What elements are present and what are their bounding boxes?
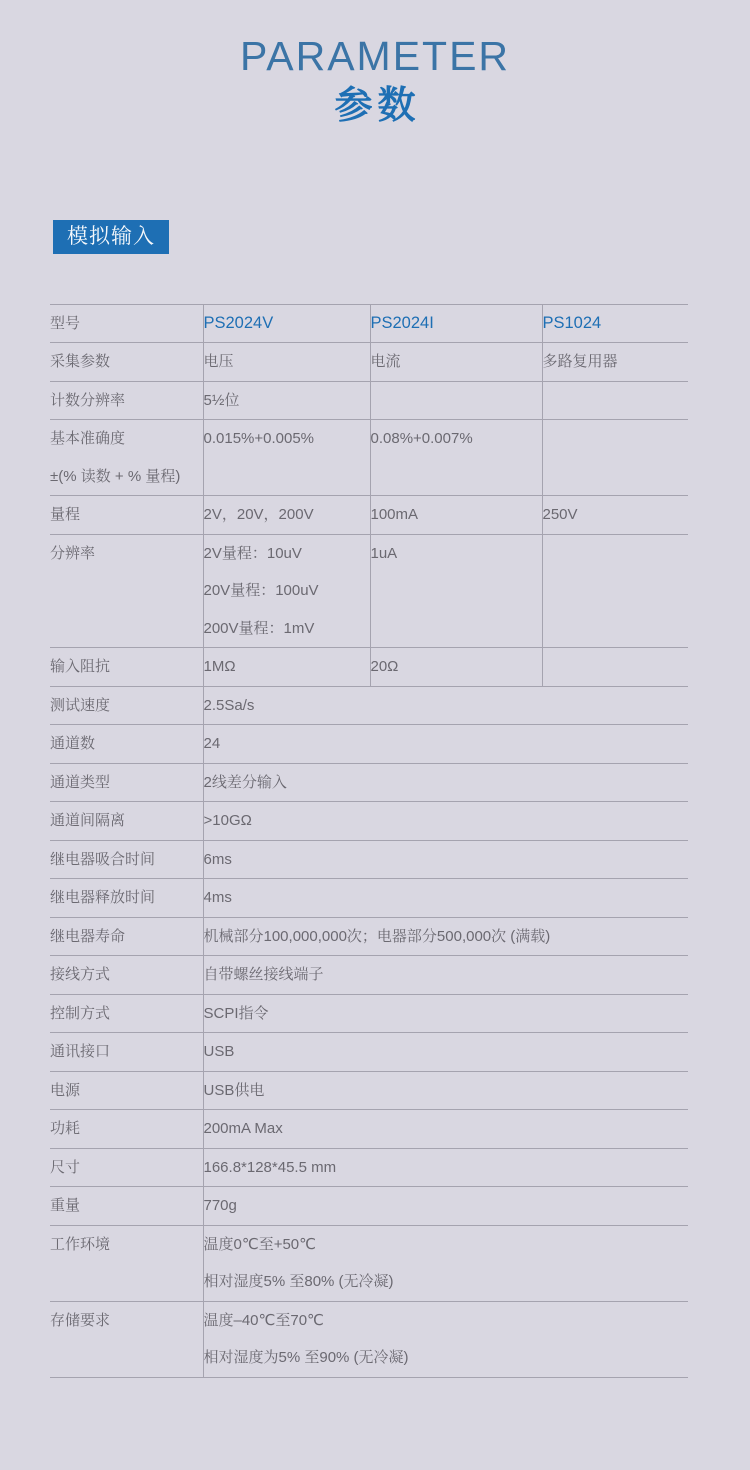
spec-row: 存储要求温度–40℃至70℃相对湿度为5% 至90% (无冷凝) xyxy=(50,1301,688,1377)
spec-value-cell: 20Ω xyxy=(370,648,542,687)
spec-row: 工作环境温度0℃至+50℃相对湿度5% 至80% (无冷凝) xyxy=(50,1225,688,1301)
spec-label-line: 通讯接口 xyxy=(50,1033,203,1071)
spec-label-cell: 接线方式 xyxy=(50,956,203,995)
spec-value-line: 2线差分输入 xyxy=(204,764,689,802)
spec-row: 重量770g xyxy=(50,1187,688,1226)
spec-value-line: 温度0℃至+50℃ xyxy=(204,1226,689,1264)
spec-label-line: ±(% 读数 + % 量程) xyxy=(50,458,203,496)
spec-value-cell: USB xyxy=(203,1033,688,1072)
spec-row: 继电器吸合时间6ms xyxy=(50,840,688,879)
spec-value-line: 电压 xyxy=(204,343,370,381)
spec-label-cell: 输入阻抗 xyxy=(50,648,203,687)
spec-value-cell: 2V，20V，200V xyxy=(203,496,370,535)
spec-row: 通道间隔离>10GΩ xyxy=(50,802,688,841)
spec-model-cell: PS1024 xyxy=(542,304,688,343)
spec-label-cell: 通道数 xyxy=(50,725,203,764)
spec-value-cell: 100mA xyxy=(370,496,542,535)
spec-value-line: 0.015%+0.005% xyxy=(204,420,370,458)
spec-label-line: 分辨率 xyxy=(50,535,203,573)
spec-label-line: 通道数 xyxy=(50,725,203,763)
spec-row: 继电器寿命机械部分100,000,000次；电器部分500,000次 (满载) xyxy=(50,917,688,956)
spec-value-line: >10GΩ xyxy=(204,802,689,840)
spec-value-line: 24 xyxy=(204,725,689,763)
spec-value-line: PS2024I xyxy=(371,305,542,343)
spec-label-line: 输入阻抗 xyxy=(50,648,203,686)
spec-label-cell: 控制方式 xyxy=(50,994,203,1033)
spec-value-cell: 2V量程：10uV20V量程：100uV200V量程：1mV xyxy=(203,534,370,648)
spec-label-cell: 基本准确度±(% 读数 + % 量程) xyxy=(50,420,203,496)
spec-row: 继电器释放时间4ms xyxy=(50,879,688,918)
spec-value-line: 2V，20V，200V xyxy=(204,496,370,534)
spec-value-line: PS2024V xyxy=(204,305,370,343)
spec-value-cell xyxy=(542,648,688,687)
spec-label-cell: 计数分辨率 xyxy=(50,381,203,420)
spec-label-cell: 电源 xyxy=(50,1071,203,1110)
spec-label-line: 尺寸 xyxy=(50,1149,203,1187)
spec-value-cell: 电流 xyxy=(370,343,542,382)
spec-label-cell: 分辨率 xyxy=(50,534,203,648)
spec-label-cell: 采集参数 xyxy=(50,343,203,382)
spec-label-line: 重量 xyxy=(50,1187,203,1225)
spec-row: 型号PS2024VPS2024IPS1024 xyxy=(50,304,688,343)
spec-label-line: 继电器释放时间 xyxy=(50,879,203,917)
spec-value-cell xyxy=(542,534,688,648)
spec-row: 通道类型2线差分输入 xyxy=(50,763,688,802)
page-title-chinese: 参数 xyxy=(0,84,750,130)
spec-value-line: 自带螺丝接线端子 xyxy=(204,956,689,994)
spec-value-cell: 2.5Sa/s xyxy=(203,686,688,725)
spec-label-cell: 继电器寿命 xyxy=(50,917,203,956)
spec-row: 测试速度2.5Sa/s xyxy=(50,686,688,725)
spec-model-cell: PS2024I xyxy=(370,304,542,343)
spec-value-cell: 0.015%+0.005% xyxy=(203,420,370,496)
spec-row: 电源USB供电 xyxy=(50,1071,688,1110)
page-title-english: PARAMETER xyxy=(0,34,750,79)
spec-label-cell: 通道间隔离 xyxy=(50,802,203,841)
spec-label-cell: 通讯接口 xyxy=(50,1033,203,1072)
spec-label-line: 基本准确度 xyxy=(50,420,203,458)
spec-label-line: 量程 xyxy=(50,496,203,534)
spec-value-cell: 温度–40℃至70℃相对湿度为5% 至90% (无冷凝) xyxy=(203,1301,688,1377)
spec-value-line: 1uA xyxy=(371,535,542,573)
spec-label-cell: 型号 xyxy=(50,304,203,343)
spec-label-line: 继电器寿命 xyxy=(50,918,203,956)
spec-label-line: 计数分辨率 xyxy=(50,382,203,420)
spec-value-cell xyxy=(542,381,688,420)
spec-label-line: 工作环境 xyxy=(50,1226,203,1264)
spec-table-body: 型号PS2024VPS2024IPS1024采集参数电压电流多路复用器计数分辨率… xyxy=(50,304,688,1377)
spec-label-cell: 继电器吸合时间 xyxy=(50,840,203,879)
spec-row: 量程2V，20V，200V100mA250V xyxy=(50,496,688,535)
spec-label-line: 存储要求 xyxy=(50,1302,203,1340)
spec-value-cell: 电压 xyxy=(203,343,370,382)
spec-value-line: 温度–40℃至70℃ xyxy=(204,1302,689,1340)
spec-value-line: 20V量程：100uV xyxy=(204,572,370,610)
page-title-block: PARAMETER 参数 xyxy=(0,0,750,130)
spec-value-line: 200mA Max xyxy=(204,1110,689,1148)
spec-row: 基本准确度±(% 读数 + % 量程)0.015%+0.005%0.08%+0.… xyxy=(50,420,688,496)
spec-value-line: USB供电 xyxy=(204,1072,689,1110)
spec-label-line: 电源 xyxy=(50,1072,203,1110)
spec-value-cell: 机械部分100,000,000次；电器部分500,000次 (满载) xyxy=(203,917,688,956)
spec-label-line: 功耗 xyxy=(50,1110,203,1148)
spec-label-line: 接线方式 xyxy=(50,956,203,994)
spec-label-cell: 尺寸 xyxy=(50,1148,203,1187)
spec-value-line: 166.8*128*45.5 mm xyxy=(204,1149,689,1187)
spec-value-cell: >10GΩ xyxy=(203,802,688,841)
spec-table: 型号PS2024VPS2024IPS1024采集参数电压电流多路复用器计数分辨率… xyxy=(50,304,688,1378)
spec-value-line: 机械部分100,000,000次；电器部分500,000次 (满载) xyxy=(204,918,689,956)
spec-value-cell: 770g xyxy=(203,1187,688,1226)
spec-value-line: 2V量程：10uV xyxy=(204,535,370,573)
spec-value-line: 2.5Sa/s xyxy=(204,687,689,725)
spec-value-cell: 4ms xyxy=(203,879,688,918)
spec-value-line: 200V量程：1mV xyxy=(204,610,370,648)
spec-value-cell: 5½位 xyxy=(203,381,370,420)
spec-value-line: SCPI指令 xyxy=(204,995,689,1033)
spec-label-cell: 重量 xyxy=(50,1187,203,1226)
spec-value-cell: 1uA xyxy=(370,534,542,648)
spec-row: 采集参数电压电流多路复用器 xyxy=(50,343,688,382)
parameter-spec-page: PARAMETER 参数 模拟输入 型号PS2024VPS2024IPS1024… xyxy=(0,0,750,1378)
spec-value-cell: 200mA Max xyxy=(203,1110,688,1149)
spec-label-cell: 功耗 xyxy=(50,1110,203,1149)
spec-value-line: 0.08%+0.007% xyxy=(371,420,542,458)
spec-label-cell: 继电器释放时间 xyxy=(50,879,203,918)
spec-value-cell: 0.08%+0.007% xyxy=(370,420,542,496)
spec-label-cell: 工作环境 xyxy=(50,1225,203,1301)
spec-value-cell: 250V xyxy=(542,496,688,535)
spec-row: 通讯接口USB xyxy=(50,1033,688,1072)
spec-row: 功耗200mA Max xyxy=(50,1110,688,1149)
spec-value-cell: USB供电 xyxy=(203,1071,688,1110)
spec-value-line: 100mA xyxy=(371,496,542,534)
spec-value-cell: 多路复用器 xyxy=(542,343,688,382)
spec-value-line: 5½位 xyxy=(204,382,370,420)
spec-value-cell: 166.8*128*45.5 mm xyxy=(203,1148,688,1187)
spec-value-line: PS1024 xyxy=(543,305,689,343)
spec-label-line: 通道间隔离 xyxy=(50,802,203,840)
spec-label-cell: 存储要求 xyxy=(50,1301,203,1377)
spec-value-line: USB xyxy=(204,1033,689,1071)
spec-row: 分辨率2V量程：10uV20V量程：100uV200V量程：1mV1uA xyxy=(50,534,688,648)
spec-value-cell: SCPI指令 xyxy=(203,994,688,1033)
spec-value-line: 1MΩ xyxy=(204,648,370,686)
spec-label-line: 继电器吸合时间 xyxy=(50,841,203,879)
spec-row: 通道数24 xyxy=(50,725,688,764)
spec-value-cell: 2线差分输入 xyxy=(203,763,688,802)
spec-value-cell: 自带螺丝接线端子 xyxy=(203,956,688,995)
spec-value-cell: 温度0℃至+50℃相对湿度5% 至80% (无冷凝) xyxy=(203,1225,688,1301)
spec-value-line: 相对湿度为5% 至90% (无冷凝) xyxy=(204,1339,689,1377)
spec-label-line: 通道类型 xyxy=(50,764,203,802)
spec-value-cell xyxy=(542,420,688,496)
spec-value-line: 4ms xyxy=(204,879,689,917)
spec-label-line: 测试速度 xyxy=(50,687,203,725)
spec-row: 尺寸166.8*128*45.5 mm xyxy=(50,1148,688,1187)
spec-label-cell: 测试速度 xyxy=(50,686,203,725)
spec-row: 控制方式SCPI指令 xyxy=(50,994,688,1033)
spec-value-cell: 1MΩ xyxy=(203,648,370,687)
spec-label-cell: 量程 xyxy=(50,496,203,535)
spec-label-cell: 通道类型 xyxy=(50,763,203,802)
spec-value-line: 多路复用器 xyxy=(543,343,689,381)
spec-model-cell: PS2024V xyxy=(203,304,370,343)
spec-value-line: 电流 xyxy=(371,343,542,381)
spec-value-cell: 24 xyxy=(203,725,688,764)
spec-value-line: 相对湿度5% 至80% (无冷凝) xyxy=(204,1263,689,1301)
spec-value-line: 6ms xyxy=(204,841,689,879)
spec-row: 输入阻抗1MΩ20Ω xyxy=(50,648,688,687)
spec-value-line: 20Ω xyxy=(371,648,542,686)
spec-value-cell: 6ms xyxy=(203,840,688,879)
spec-row: 计数分辨率5½位 xyxy=(50,381,688,420)
section-badge-analog-input: 模拟输入 xyxy=(53,220,169,254)
spec-value-line: 250V xyxy=(543,496,689,534)
spec-value-line: 770g xyxy=(204,1187,689,1225)
spec-value-cell xyxy=(370,381,542,420)
spec-row: 接线方式自带螺丝接线端子 xyxy=(50,956,688,995)
spec-label-line: 采集参数 xyxy=(50,343,203,381)
spec-label-line: 控制方式 xyxy=(50,995,203,1033)
spec-label-line: 型号 xyxy=(50,305,203,343)
